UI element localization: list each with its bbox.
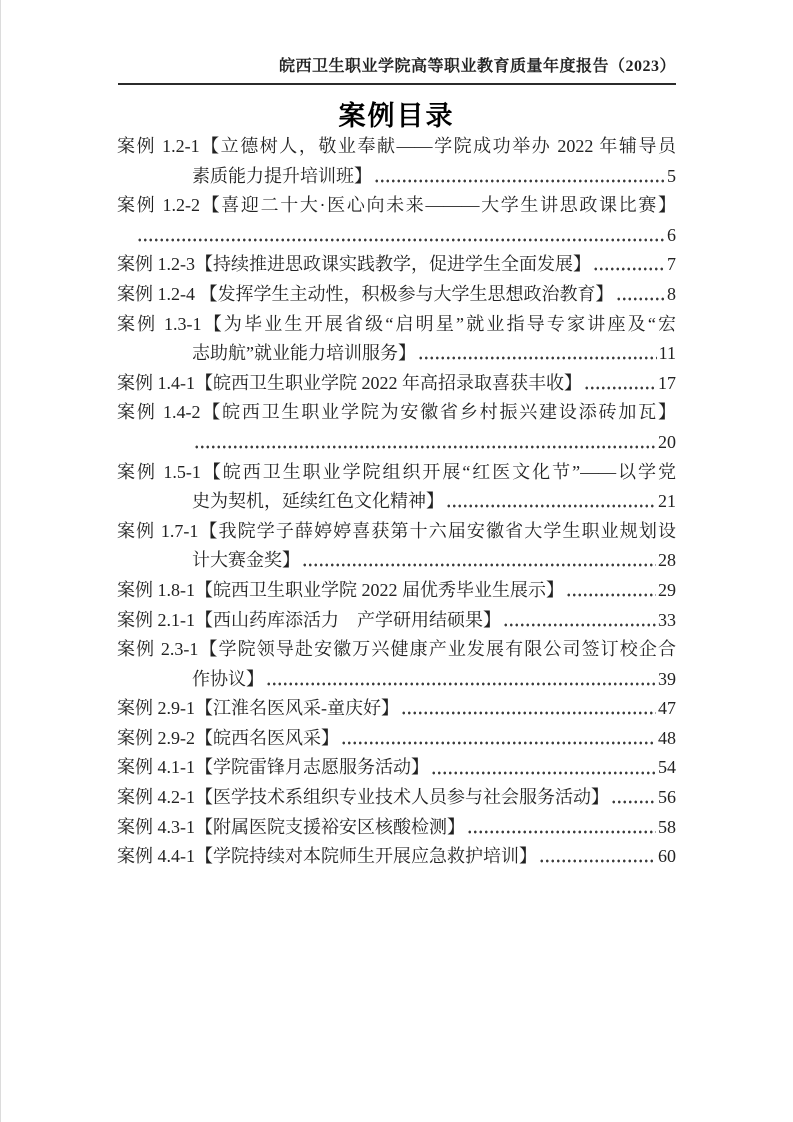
dot-leader: [584, 369, 656, 399]
toc-line: 案例 1.4-2【皖西卫生职业学院为安徽省乡村振兴建设添砖加瓦】: [117, 398, 676, 428]
toc-entry-text: 案例 1.7-1【我院学子薛婷婷喜获第十六届安徽省大学生职业规划设: [117, 517, 676, 547]
toc-line: 案例 1.2-3【持续推进思政课实践教学，促进学生全面发展】7: [117, 250, 676, 280]
toc-line: 案例 1.8-1【皖西卫生职业学院 2022 届优秀毕业生展示】29: [117, 576, 676, 606]
page-number: 47: [658, 694, 676, 724]
toc-line: 案例 2.9-2【皖西名医风采】48: [117, 724, 676, 754]
toc-entry-text: 案例 1.2-2【喜迎二十大·医心向未来———大学生讲思政课比赛】: [117, 191, 676, 221]
toc-entry-text: 案例 1.3-1【为毕业生开展省级“启明星”就业指导专家讲座及“宏: [117, 310, 676, 340]
page-number: 54: [658, 753, 676, 783]
toc-line: 20: [117, 428, 676, 458]
toc-line: 案例 4.3-1【附属医院支援裕安区核酸检测】58: [117, 813, 676, 843]
dot-leader: [418, 339, 657, 369]
page-number: 39: [658, 665, 676, 695]
toc-entry-text: 案例 2.9-2【皖西名医风采】: [117, 724, 339, 754]
toc-line: 案例 1.5-1【皖西卫生职业学院组织开展“红医文化节”——以学党: [117, 458, 676, 488]
page-left-edge-line: [0, 0, 1, 1122]
toc-line: 案例 2.1-1【西山药库添活力 产学研用结硕果】33: [117, 606, 676, 636]
toc-entry-text: 案例 1.2-1【立德树人，敬业奉献——学院成功举办 2022 年辅导员: [117, 132, 676, 162]
dot-leader: [503, 606, 656, 636]
dot-leader: [374, 162, 665, 192]
toc-entry-text: 志助航”就业能力培训服务】: [192, 339, 416, 369]
dot-leader: [302, 546, 656, 576]
toc-line: 案例 1.4-1【皖西卫生职业学院 2022 年高招录取喜获丰收】17: [117, 369, 676, 399]
toc-line: 6: [117, 221, 676, 251]
dot-leader: [467, 813, 656, 843]
toc-entry-text: 案例 1.4-1【皖西卫生职业学院 2022 年高招录取喜获丰收】: [117, 369, 582, 399]
running-header-text: 皖西卫生职业学院高等职业教育质量年度报告（2023）: [118, 56, 676, 78]
toc-line: 素质能力提升培训班】5: [117, 162, 676, 192]
page-number: 28: [658, 546, 676, 576]
dot-leader: [566, 576, 656, 606]
toc-line: 案例 1.7-1【我院学子薛婷婷喜获第十六届安徽省大学生职业规划设: [117, 517, 676, 547]
toc-line: 案例 4.2-1【医学技术系组织专业技术人员参与社会服务活动】56: [117, 783, 676, 813]
dot-leader: [266, 665, 656, 695]
toc-line: 案例 2.3-1【学院领导赴安徽万兴健康产业发展有限公司签订校企合: [117, 635, 676, 665]
toc-entry-text: 计大赛金奖】: [192, 546, 300, 576]
page-number: 7: [667, 250, 676, 280]
page-number: 6: [667, 221, 676, 251]
toc-line: 案例 1.3-1【为毕业生开展省级“启明星”就业指导专家讲座及“宏: [117, 310, 676, 340]
dot-leader: [446, 487, 656, 517]
toc-entry-text: 素质能力提升培训班】: [192, 162, 372, 192]
toc-line: 案例 4.1-1【学院雷锋月志愿服务活动】54: [117, 753, 676, 783]
page-number: 29: [658, 576, 676, 606]
toc-entry-text: 案例 4.3-1【附属医院支援裕安区核酸检测】: [117, 813, 465, 843]
dot-leader: [137, 221, 665, 251]
toc-list: 案例 1.2-1【立德树人，敬业奉献——学院成功举办 2022 年辅导员素质能力…: [117, 132, 676, 872]
toc-entry-text: 案例 1.5-1【皖西卫生职业学院组织开展“红医文化节”——以学党: [117, 458, 676, 488]
toc-entry-text: 作协议】: [192, 665, 264, 695]
page-number: 21: [658, 487, 676, 517]
dot-leader: [611, 783, 656, 813]
document-page: 皖西卫生职业学院高等职业教育质量年度报告（2023） 案例目录 案例 1.2-1…: [0, 0, 793, 1122]
dot-leader: [431, 753, 656, 783]
dot-leader: [539, 842, 656, 872]
page-number: 56: [658, 783, 676, 813]
toc-entry-text: 案例 2.1-1【西山药库添活力 产学研用结硕果】: [117, 606, 501, 636]
page-title: 案例目录: [0, 94, 793, 133]
toc-line: 案例 1.2-2【喜迎二十大·医心向未来———大学生讲思政课比赛】: [117, 191, 676, 221]
dot-leader: [341, 724, 656, 754]
page-number: 20: [658, 428, 676, 458]
toc-entry-text: 案例 1.8-1【皖西卫生职业学院 2022 届优秀毕业生展示】: [117, 576, 564, 606]
toc-line: 案例 4.4-1【学院持续对本院师生开展应急救护培训】60: [117, 842, 676, 872]
toc-entry-text: 案例 4.1-1【学院雷锋月志愿服务活动】: [117, 753, 429, 783]
toc-line: 案例 1.2-1【立德树人，敬业奉献——学院成功举办 2022 年辅导员: [117, 132, 676, 162]
toc-line: 作协议】39: [117, 665, 676, 695]
page-number: 48: [658, 724, 676, 754]
toc-entry-text: 案例 1.2-4 【发挥学生主动性，积极参与大学生思想政治教育】: [117, 280, 614, 310]
toc-line: 案例 1.2-4 【发挥学生主动性，积极参与大学生思想政治教育】8: [117, 280, 676, 310]
toc-entry-text: 案例 4.2-1【医学技术系组织专业技术人员参与社会服务活动】: [117, 783, 609, 813]
toc-line: 计大赛金奖】28: [117, 546, 676, 576]
page-number: 58: [658, 813, 676, 843]
toc-line: 史为契机，延续红色文化精神】21: [117, 487, 676, 517]
toc-entry-text: 案例 1.2-3【持续推进思政课实践教学，促进学生全面发展】: [117, 250, 591, 280]
toc-entry-text: 案例 2.3-1【学院领导赴安徽万兴健康产业发展有限公司签订校企合: [117, 635, 676, 665]
toc-line: 案例 2.9-1【江淮名医风采-童庆好】47: [117, 694, 676, 724]
page-number: 5: [667, 162, 676, 192]
toc-line: 志助航”就业能力培训服务】11: [117, 339, 676, 369]
toc-entry-text: 史为契机，延续红色文化精神】: [192, 487, 444, 517]
page-number: 33: [658, 606, 676, 636]
dot-leader: [401, 694, 656, 724]
page-number: 17: [658, 369, 676, 399]
dot-leader: [194, 428, 656, 458]
running-header: 皖西卫生职业学院高等职业教育质量年度报告（2023）: [118, 56, 676, 85]
dot-leader: [593, 250, 665, 280]
toc-entry-text: 案例 1.4-2【皖西卫生职业学院为安徽省乡村振兴建设添砖加瓦】: [117, 398, 676, 428]
page-number: 8: [667, 280, 676, 310]
toc-entry-text: 案例 2.9-1【江淮名医风采-童庆好】: [117, 694, 399, 724]
page-number: 11: [659, 339, 676, 369]
page-number: 60: [658, 842, 676, 872]
dot-leader: [616, 280, 666, 310]
toc-entry-text: 案例 4.4-1【学院持续对本院师生开展应急救护培训】: [117, 842, 537, 872]
